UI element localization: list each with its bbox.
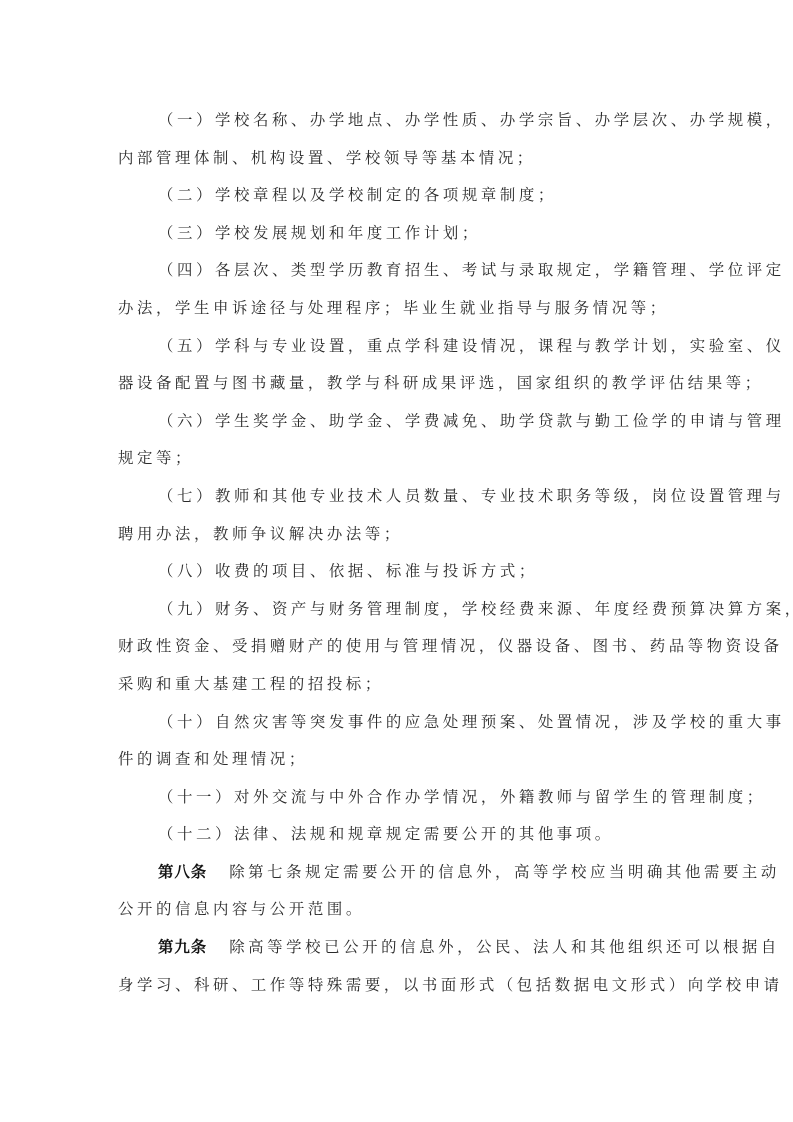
- text-line: （六）学生奖学金、助学金、学费减免、助学贷款与勤工俭学的申请与管理: [118, 409, 674, 447]
- text-line: 器设备配置与图书藏量，教学与科研成果评选，国家组织的教学评估结果等；: [118, 371, 674, 409]
- list-item-1: （一）学校名称、办学地点、办学性质、办学宗旨、办学层次、办学规模， 内部管理体制…: [118, 108, 674, 183]
- article-heading: 第九条: [158, 938, 207, 956]
- list-item-4: （四）各层次、类型学历教育招生、考试与录取规定，学籍管理、学位评定 办法，学生申…: [118, 258, 674, 333]
- list-item-11: （十一）对外交流与中外合作办学情况，外籍教师与留学生的管理制度；: [118, 785, 674, 823]
- article-8: 第八条除第七条规定需要公开的信息外，高等学校应当明确其他需要主动 公开的信息内容…: [118, 860, 674, 935]
- text-line: 第九条除高等学校已公开的信息外，公民、法人和其他组织还可以根据自: [118, 935, 674, 973]
- text-line: （五）学科与专业设置，重点学科建设情况，课程与教学计划，实验室、仪: [118, 334, 674, 372]
- list-item-9: （九）财务、资产与财务管理制度，学校经费来源、年度经费预算决算方案， 财政性资金…: [118, 597, 674, 710]
- list-item-10: （十）自然灾害等突发事件的应急处理预案、处置情况，涉及学校的重大事 件的调查和处…: [118, 710, 674, 785]
- text-line: 身学习、科研、工作等特殊需要，以书面形式（包括数据电文形式）向学校申请: [118, 973, 674, 1011]
- article-text: 除高等学校已公开的信息外，公民、法人和其他组织还可以根据自: [229, 938, 780, 956]
- text-line: （十一）对外交流与中外合作办学情况，外籍教师与留学生的管理制度；: [118, 785, 674, 823]
- text-line: （二）学校章程以及学校制定的各项规章制度；: [118, 183, 674, 221]
- text-line: 财政性资金、受捐赠财产的使用与管理情况，仪器设备、图书、药品等物资设备: [118, 634, 674, 672]
- text-line: （一）学校名称、办学地点、办学性质、办学宗旨、办学层次、办学规模，: [118, 108, 674, 146]
- list-item-5: （五）学科与专业设置，重点学科建设情况，课程与教学计划，实验室、仪 器设备配置与…: [118, 334, 674, 409]
- text-line: 聘用办法，教师争议解决办法等；: [118, 522, 674, 560]
- text-line: 第八条除第七条规定需要公开的信息外，高等学校应当明确其他需要主动: [118, 860, 674, 898]
- text-line: （三）学校发展规划和年度工作计划；: [118, 221, 674, 259]
- article-9: 第九条除高等学校已公开的信息外，公民、法人和其他组织还可以根据自 身学习、科研、…: [118, 935, 674, 1010]
- text-line: （九）财务、资产与财务管理制度，学校经费来源、年度经费预算决算方案，: [118, 597, 674, 635]
- list-item-7: （七）教师和其他专业技术人员数量、专业技术职务等级，岗位设置管理与 聘用办法，教…: [118, 484, 674, 559]
- text-line: 办法，学生申诉途径与处理程序；毕业生就业指导与服务情况等；: [118, 296, 674, 334]
- text-line: 件的调查和处理情况；: [118, 747, 674, 785]
- text-line: （四）各层次、类型学历教育招生、考试与录取规定，学籍管理、学位评定: [118, 258, 674, 296]
- text-line: 规定等；: [118, 446, 674, 484]
- list-item-2: （二）学校章程以及学校制定的各项规章制度；: [118, 183, 674, 221]
- text-line: （十）自然灾害等突发事件的应急处理预案、处置情况，涉及学校的重大事: [118, 710, 674, 748]
- list-item-6: （六）学生奖学金、助学金、学费减免、助学贷款与勤工俭学的申请与管理 规定等；: [118, 409, 674, 484]
- text-line: 内部管理体制、机构设置、学校领导等基本情况；: [118, 146, 674, 184]
- list-item-8: （八）收费的项目、依据、标准与投诉方式；: [118, 559, 674, 597]
- text-line: （八）收费的项目、依据、标准与投诉方式；: [118, 559, 674, 597]
- text-line: 采购和重大基建工程的招投标；: [118, 672, 674, 710]
- list-item-3: （三）学校发展规划和年度工作计划；: [118, 221, 674, 259]
- text-line: （七）教师和其他专业技术人员数量、专业技术职务等级，岗位设置管理与: [118, 484, 674, 522]
- article-heading: 第八条: [158, 863, 207, 881]
- article-text: 除第七条规定需要公开的信息外，高等学校应当明确其他需要主动: [229, 863, 780, 881]
- text-line: （十二）法律、法规和规章规定需要公开的其他事项。: [118, 822, 674, 860]
- text-line: 公开的信息内容与公开范围。: [118, 897, 674, 935]
- list-item-12: （十二）法律、法规和规章规定需要公开的其他事项。: [118, 822, 674, 860]
- document-page: （一）学校名称、办学地点、办学性质、办学宗旨、办学层次、办学规模， 内部管理体制…: [118, 108, 674, 1010]
